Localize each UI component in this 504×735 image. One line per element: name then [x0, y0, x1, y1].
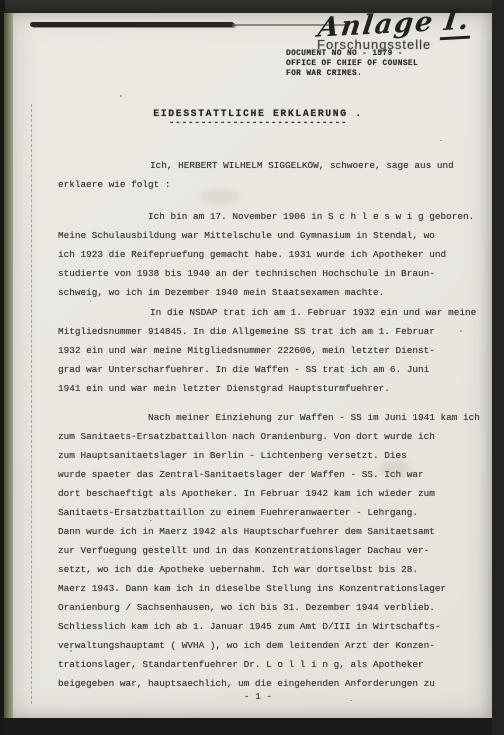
scan-stain	[380, 460, 410, 478]
paragraph-memberships: In die NSDAP trat ich am 1. Februar 1932…	[58, 303, 458, 398]
noise-speckle	[90, 300, 91, 302]
film-border-bottom	[0, 718, 504, 735]
paragraph-biography: Ich bin am 17. November 1906 in S c h l …	[58, 207, 458, 302]
text-line: Dann wurde ich in Maerz 1942 als Hauptsc…	[58, 522, 458, 541]
page-spine-edge	[4, 13, 13, 718]
noise-speckle	[460, 330, 462, 332]
text-line: grad war Unterscharfuehrer. In die Waffe…	[58, 360, 458, 379]
text-line: Maerz 1943. Dann kam ich in dieselbe Ste…	[58, 579, 458, 598]
text-line: Meine Schulausbildung war Mittelschule u…	[58, 226, 458, 245]
stamp-line-war-crimes: FOR WAR CRIMES.	[286, 69, 418, 79]
noise-speckle	[150, 520, 152, 521]
text-line: Oranienburg / Sachsenhausen, wo ich bis …	[58, 598, 458, 617]
title-underline: ----------------------------	[58, 119, 458, 126]
text-line: schweig, wo ich im Dezember 1940 mein St…	[58, 283, 458, 302]
text-line: 1932 ein und war meine Mitgliedsnummer 2…	[58, 341, 458, 360]
film-border-right	[492, 0, 504, 735]
text-line: Ich, HERBERT WILHELM SIGGELKOW, schwoere…	[58, 156, 458, 175]
handwritten-numeral: I.	[440, 4, 474, 40]
text-line: zum Sanitaets-Ersatzbattaillon nach Oran…	[58, 427, 458, 446]
scan-stain	[200, 190, 240, 204]
text-line: ich 1923 die Reifepruefung gemacht habe.…	[58, 245, 458, 264]
ink-smear	[30, 22, 234, 27]
text-line: verwaltungshauptamt ( WVHA ), wo ich dem…	[58, 636, 458, 655]
noise-speckle	[410, 600, 411, 602]
paragraph-oath-intro: Ich, HERBERT WILHELM SIGGELKOW, schwoere…	[58, 156, 458, 194]
text-line: trationslager, Standartenfuehrer Dr. L o…	[58, 655, 458, 674]
text-line: Schliesslich kam ich ab 1. Januar 1945 z…	[58, 617, 458, 636]
text-line: Sanitaets-Ersatzbattaillon zu einem Fueh…	[58, 503, 458, 522]
document-title-block: EIDESSTATTLICHE ERKLAERUNG . -----------…	[58, 108, 458, 126]
text-line: studierte von 1938 bis 1940 an der techn…	[58, 264, 458, 283]
text-line: Mitgliedsnummer 914845. In die Allgemein…	[58, 322, 458, 341]
page-number: - 1 -	[58, 691, 458, 702]
text-line: Nach meiner Einziehung zur Waffen - SS i…	[58, 408, 458, 427]
scanned-document-frame: AnlageI. Forschungsstelle DOCUMENT NO NO…	[0, 0, 504, 735]
text-line: Ich bin am 17. November 1906 in S c h l …	[58, 207, 458, 226]
text-line: setzt, wo ich die Apotheke uebernahm. Ic…	[58, 560, 458, 579]
noise-speckle	[440, 140, 442, 141]
stamp-line-office: OFFICE OF CHIEF OF COUNSEL	[286, 59, 418, 69]
text-line: erklaere wie folgt :	[58, 175, 458, 194]
text-line: zur Verfuegung gestellt und in das Konze…	[58, 541, 458, 560]
document-number-stamp: DOCUMENT NO NO - 1579 - OFFICE OF CHIEF …	[286, 49, 418, 79]
stamp-line-document-no: DOCUMENT NO NO - 1579 -	[286, 49, 418, 59]
margin-rule-line	[31, 104, 32, 704]
text-line: dort beschaeftigt als Apotheker. In Febr…	[58, 484, 458, 503]
text-line: 1941 ein und war mein letzter Dienstgrad…	[58, 379, 458, 398]
text-line: In die NSDAP trat ich am 1. Februar 1932…	[58, 303, 458, 322]
noise-speckle	[350, 700, 352, 701]
noise-speckle	[120, 95, 122, 97]
paragraph-service-history: Nach meiner Einziehung zur Waffen - SS i…	[58, 408, 458, 693]
noise-speckle	[70, 650, 72, 652]
